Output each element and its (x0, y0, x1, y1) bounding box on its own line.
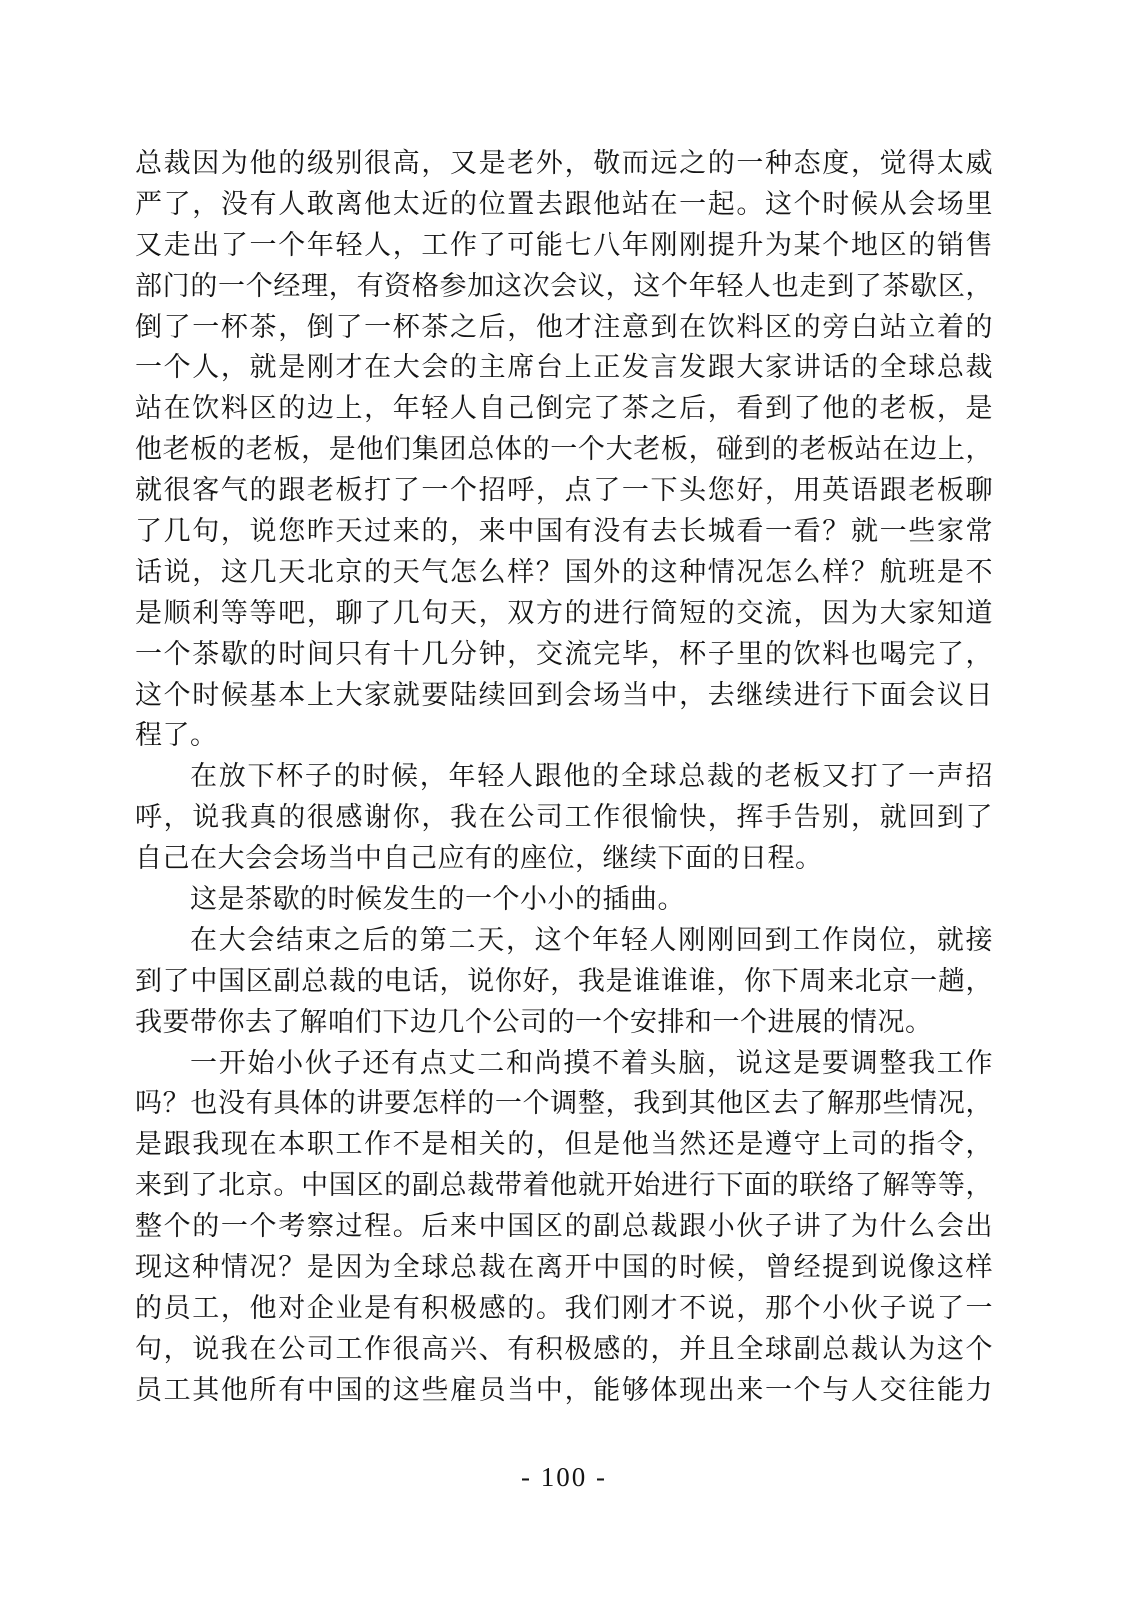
text-line: 了几句，说您昨天过来的，来中国有没有去长城看一看？就一些家常 (135, 511, 993, 552)
text-line: 是跟我现在本职工作不是相关的，但是他当然还是遵守上司的指令， (135, 1124, 993, 1165)
text-line: 话说，这几天北京的天气怎么样？国外的这种情况怎么样？航班是不 (135, 552, 993, 593)
text-line: 句，说我在公司工作很高兴、有积极感的，并且全球副总裁认为这个 (135, 1329, 993, 1370)
text-line: 的员工，他对企业是有积极感的。我们刚才不说，那个小伙子说了一 (135, 1288, 993, 1329)
text-line: 又走出了一个年轻人，工作了可能七八年刚刚提升为某个地区的销售 (135, 225, 993, 266)
text-line: 总裁因为他的级别很高，又是老外，敬而远之的一种态度，觉得太威 (135, 143, 993, 184)
text-line: 是顺利等等吧，聊了几句天，双方的进行简短的交流，因为大家知道 (135, 593, 993, 634)
text-line: 严了，没有人敢离他太近的位置去跟他站在一起。这个时候从会场里 (135, 184, 993, 225)
document-page: 总裁因为他的级别很高，又是老外，敬而远之的一种态度，觉得太威严了，没有人敢离他太… (0, 0, 1131, 1600)
paragraph: 这是茶歇的时候发生的一个小小的插曲。 (135, 879, 993, 920)
text-line: 就很客气的跟老板打了一个招呼，点了一下头您好，用英语跟老板聊 (135, 470, 993, 511)
text-line: 来到了北京。中国区的副总裁带着他就开始进行下面的联络了解等等， (135, 1165, 993, 1206)
body-text: 总裁因为他的级别很高，又是老外，敬而远之的一种态度，觉得太威严了，没有人敢离他太… (135, 143, 993, 1411)
text-line: 程了。 (135, 715, 993, 756)
text-line: 他老板的老板，是他们集团总体的一个大老板，碰到的老板站在边上， (135, 429, 993, 470)
text-line: 在放下杯子的时候，年轻人跟他的全球总裁的老板又打了一声招 (135, 756, 993, 797)
text-line: 一开始小伙子还有点丈二和尚摸不着头脑，说这是要调整我工作 (135, 1043, 993, 1084)
text-line: 一个人，就是刚才在大会的主席台上正发言发跟大家讲话的全球总裁 (135, 347, 993, 388)
text-line: 员工其他所有中国的这些雇员当中，能够体现出来一个与人交往能力 (135, 1370, 993, 1411)
text-line: 整个的一个考察过程。后来中国区的副总裁跟小伙子讲了为什么会出 (135, 1206, 993, 1247)
text-line: 这个时候基本上大家就要陆续回到会场当中，去继续进行下面会议日 (135, 675, 993, 716)
text-line: 自己在大会会场当中自己应有的座位，继续下面的日程。 (135, 838, 993, 879)
text-line: 到了中国区副总裁的电话，说你好，我是谁谁谁，你下周来北京一趟， (135, 961, 993, 1002)
text-line: 部门的一个经理，有资格参加这次会议，这个年轻人也走到了茶歇区， (135, 266, 993, 307)
page-number: - 100 - (135, 1462, 993, 1493)
text-line: 倒了一杯茶，倒了一杯茶之后，他才注意到在饮料区的旁白站立着的 (135, 307, 993, 348)
text-line: 在大会结束之后的第二天，这个年轻人刚刚回到工作岗位，就接 (135, 920, 993, 961)
paragraph: 总裁因为他的级别很高，又是老外，敬而远之的一种态度，觉得太威严了，没有人敢离他太… (135, 143, 993, 756)
text-line: 现这种情况？是因为全球总裁在离开中国的时候，曾经提到说像这样 (135, 1247, 993, 1288)
text-line: 吗？也没有具体的讲要怎样的一个调整，我到其他区去了解那些情况， (135, 1083, 993, 1124)
paragraph: 在放下杯子的时候，年轻人跟他的全球总裁的老板又打了一声招呼，说我真的很感谢你，我… (135, 756, 993, 879)
paragraph: 在大会结束之后的第二天，这个年轻人刚刚回到工作岗位，就接到了中国区副总裁的电话，… (135, 920, 993, 1043)
text-line: 一个茶歇的时间只有十几分钟，交流完毕，杯子里的饮料也喝完了， (135, 634, 993, 675)
text-line: 站在饮料区的边上，年轻人自己倒完了茶之后，看到了他的老板，是 (135, 388, 993, 429)
text-line: 这是茶歇的时候发生的一个小小的插曲。 (135, 879, 993, 920)
text-line: 我要带你去了解咱们下边几个公司的一个安排和一个进展的情况。 (135, 1002, 993, 1043)
paragraph: 一开始小伙子还有点丈二和尚摸不着头脑，说这是要调整我工作吗？也没有具体的讲要怎样… (135, 1043, 993, 1411)
text-line: 呼，说我真的很感谢你，我在公司工作很愉快，挥手告别，就回到了 (135, 797, 993, 838)
